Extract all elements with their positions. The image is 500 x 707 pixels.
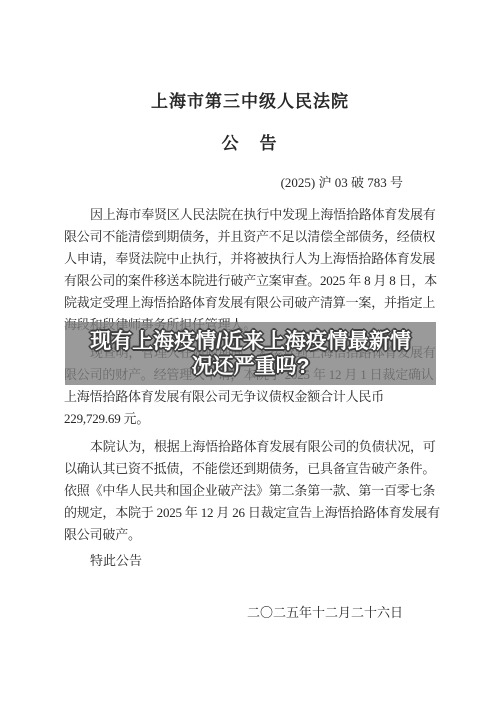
overlay-text-line-1: 现有上海疫情/近来上海疫情最新情 <box>90 329 411 354</box>
text-line: 上海悟拾路体育发展有限公司无争议债权金额合计人民币 <box>64 386 436 408</box>
text-line: 因上海市奉贤区人民法院在执行中发现上海悟拾路体育发展有 <box>64 204 436 226</box>
text-line: 的规定，本院于 2025 年 12 月 26 日裁定宣告上海悟拾路体育发展有 <box>64 502 436 524</box>
court-announcement-document: 上海市第三中级人民法院 公 告 (2025) 沪 03 破 783 号 因上海市… <box>64 0 436 622</box>
text-line: 限公司不能清偿到期债务，并且资产不足以清偿全部债务，经债权 <box>64 226 436 248</box>
paragraph: 本院认为，根据上海悟拾路体育发展有限公司的负债状况，可以确认其已资不抵债，不能偿… <box>64 436 436 546</box>
text-line: 院裁定受理上海悟拾路体育发展有限公司破产清算一案，并指定上 <box>64 292 436 314</box>
caption-overlay-banner: 现有上海疫情/近来上海疫情最新情 况还严重吗? <box>65 322 436 385</box>
text-line: 限公司破产。 <box>64 524 436 546</box>
announcement-page: 上海市第三中级人民法院 公 告 (2025) 沪 03 破 783 号 因上海市… <box>0 0 500 707</box>
text-line: 有限公司的案件移送本院进行破产立案审查。2025 年 8 月 8 日，本 <box>64 270 436 292</box>
text-line: 229,729.69 元。 <box>64 408 436 430</box>
overlay-text-line-2: 况还严重吗? <box>192 354 310 379</box>
closing-line: 特此公告 <box>64 550 436 572</box>
text-line: 依照《中华人民共和国企业破产法》第二条第一款、第一百零七条 <box>64 480 436 502</box>
doc-date: 二〇二五年十二月二十六日 <box>64 604 436 622</box>
doc-title: 公 告 <box>64 134 436 154</box>
text-line: 人申请，奉贤法院中止执行，并将被执行人为上海悟拾路体育发展 <box>64 248 436 270</box>
case-number: (2025) 沪 03 破 783 号 <box>64 174 436 192</box>
paragraph: 因上海市奉贤区人民法院在执行中发现上海悟拾路体育发展有限公司不能清偿到期债务，并… <box>64 204 436 336</box>
court-name: 上海市第三中级人民法院 <box>64 92 436 112</box>
text-line: 本院认为，根据上海悟拾路体育发展有限公司的负债状况，可 <box>64 436 436 458</box>
text-line: 以确认其已资不抵债，不能偿还到期债务，已具备宣告破产条件。 <box>64 458 436 480</box>
